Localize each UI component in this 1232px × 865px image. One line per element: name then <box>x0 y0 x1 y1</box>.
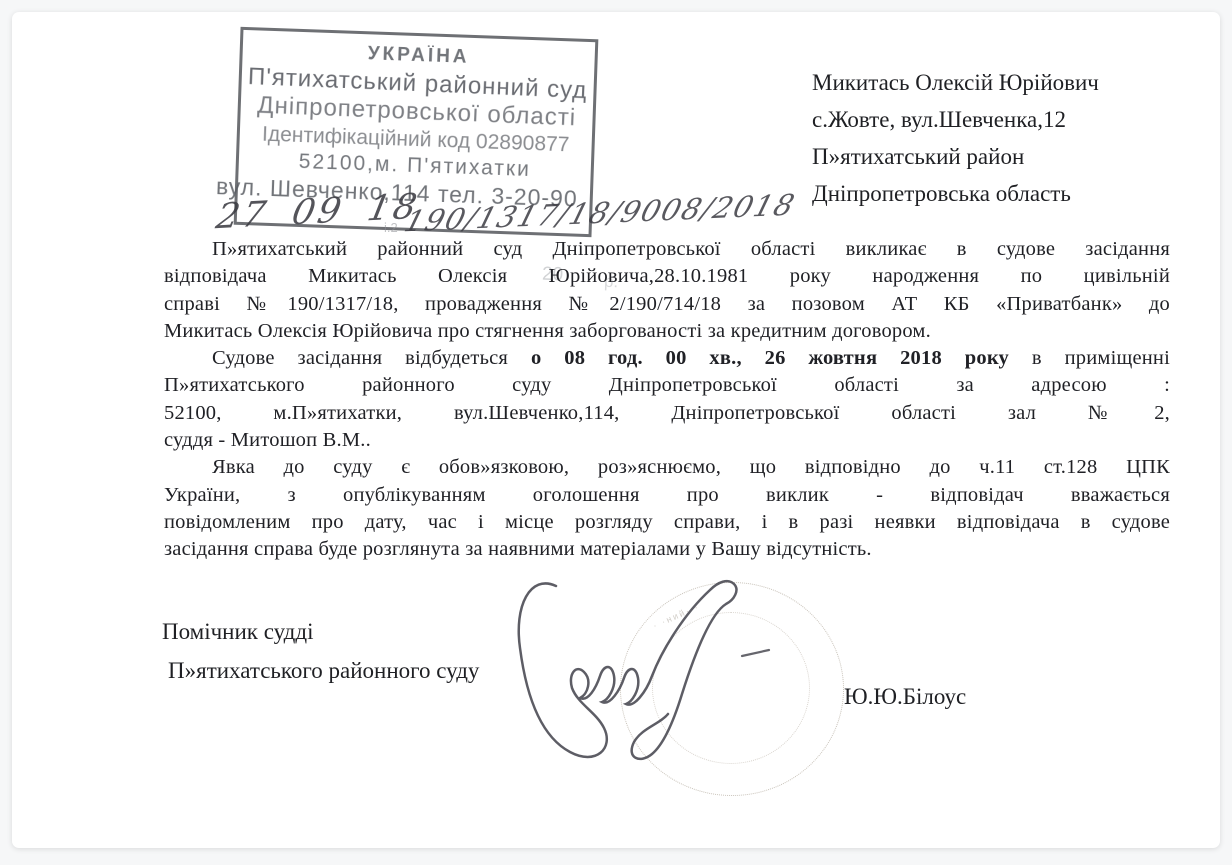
signoff-name: Ю.Ю.Білоус <box>844 684 966 710</box>
recipient-street: с.Жовте, вул.Шевченка,12 <box>812 101 1099 138</box>
recipient-district: П»ятихатський район <box>812 138 1099 175</box>
text-line: Судове засідання відбудеться о 08 год. 0… <box>164 345 1170 372</box>
signoff-role-line2: П»ятихатського районного суду <box>168 658 479 684</box>
signoff-role-line1: Помічник судді <box>162 619 313 645</box>
recipient-name: Микитась Олексій Юрійович <box>812 64 1099 101</box>
text-line: відповідача Микитась Олексія Юрійовича,2… <box>164 263 1170 290</box>
recipient-block: Микитась Олексій Юрійович с.Жовте, вул.Ш… <box>812 64 1099 212</box>
text-line: повідомленим про дату, час і місце розгл… <box>164 509 1170 536</box>
body-paragraphs: П»ятихатський районний суд Дніпропетровс… <box>164 236 1170 564</box>
paragraph: П»ятихатський районний суд Дніпропетровс… <box>164 236 1170 345</box>
scanned-court-summons-page: УКРАЇНА П'ятихатський районний суд Дніпр… <box>12 12 1220 848</box>
text-line: суддя - Митошоп В.М.. <box>164 427 1170 454</box>
text-line: П»ятихатський районний суд Дніпропетровс… <box>164 236 1170 263</box>
text-line: засідання справа буде розглянута за наяв… <box>164 536 1170 563</box>
text-line: України, з опублікуванням оголошення про… <box>164 482 1170 509</box>
handwritten-signature <box>512 574 792 786</box>
text-line: Явка до суду є обов»язковою, роз»яснюємо… <box>164 454 1170 481</box>
paragraph: Судове засідання відбудеться о 08 год. 0… <box>164 345 1170 454</box>
recipient-region: Дніпропетровська область <box>812 175 1099 212</box>
paragraph: Явка до суду є обов»язковою, роз»яснюємо… <box>164 454 1170 563</box>
text-line: справі №190/1317/18, провадження №2/190/… <box>164 291 1170 318</box>
text-line: 52100, м.П»ятихатки, вул.Шевченко,114, Д… <box>164 400 1170 427</box>
text-line: П»ятихатського районного суду Дніпропетр… <box>164 372 1170 399</box>
text-line: Микитась Олексія Юрійовича про стягнення… <box>164 318 1170 345</box>
